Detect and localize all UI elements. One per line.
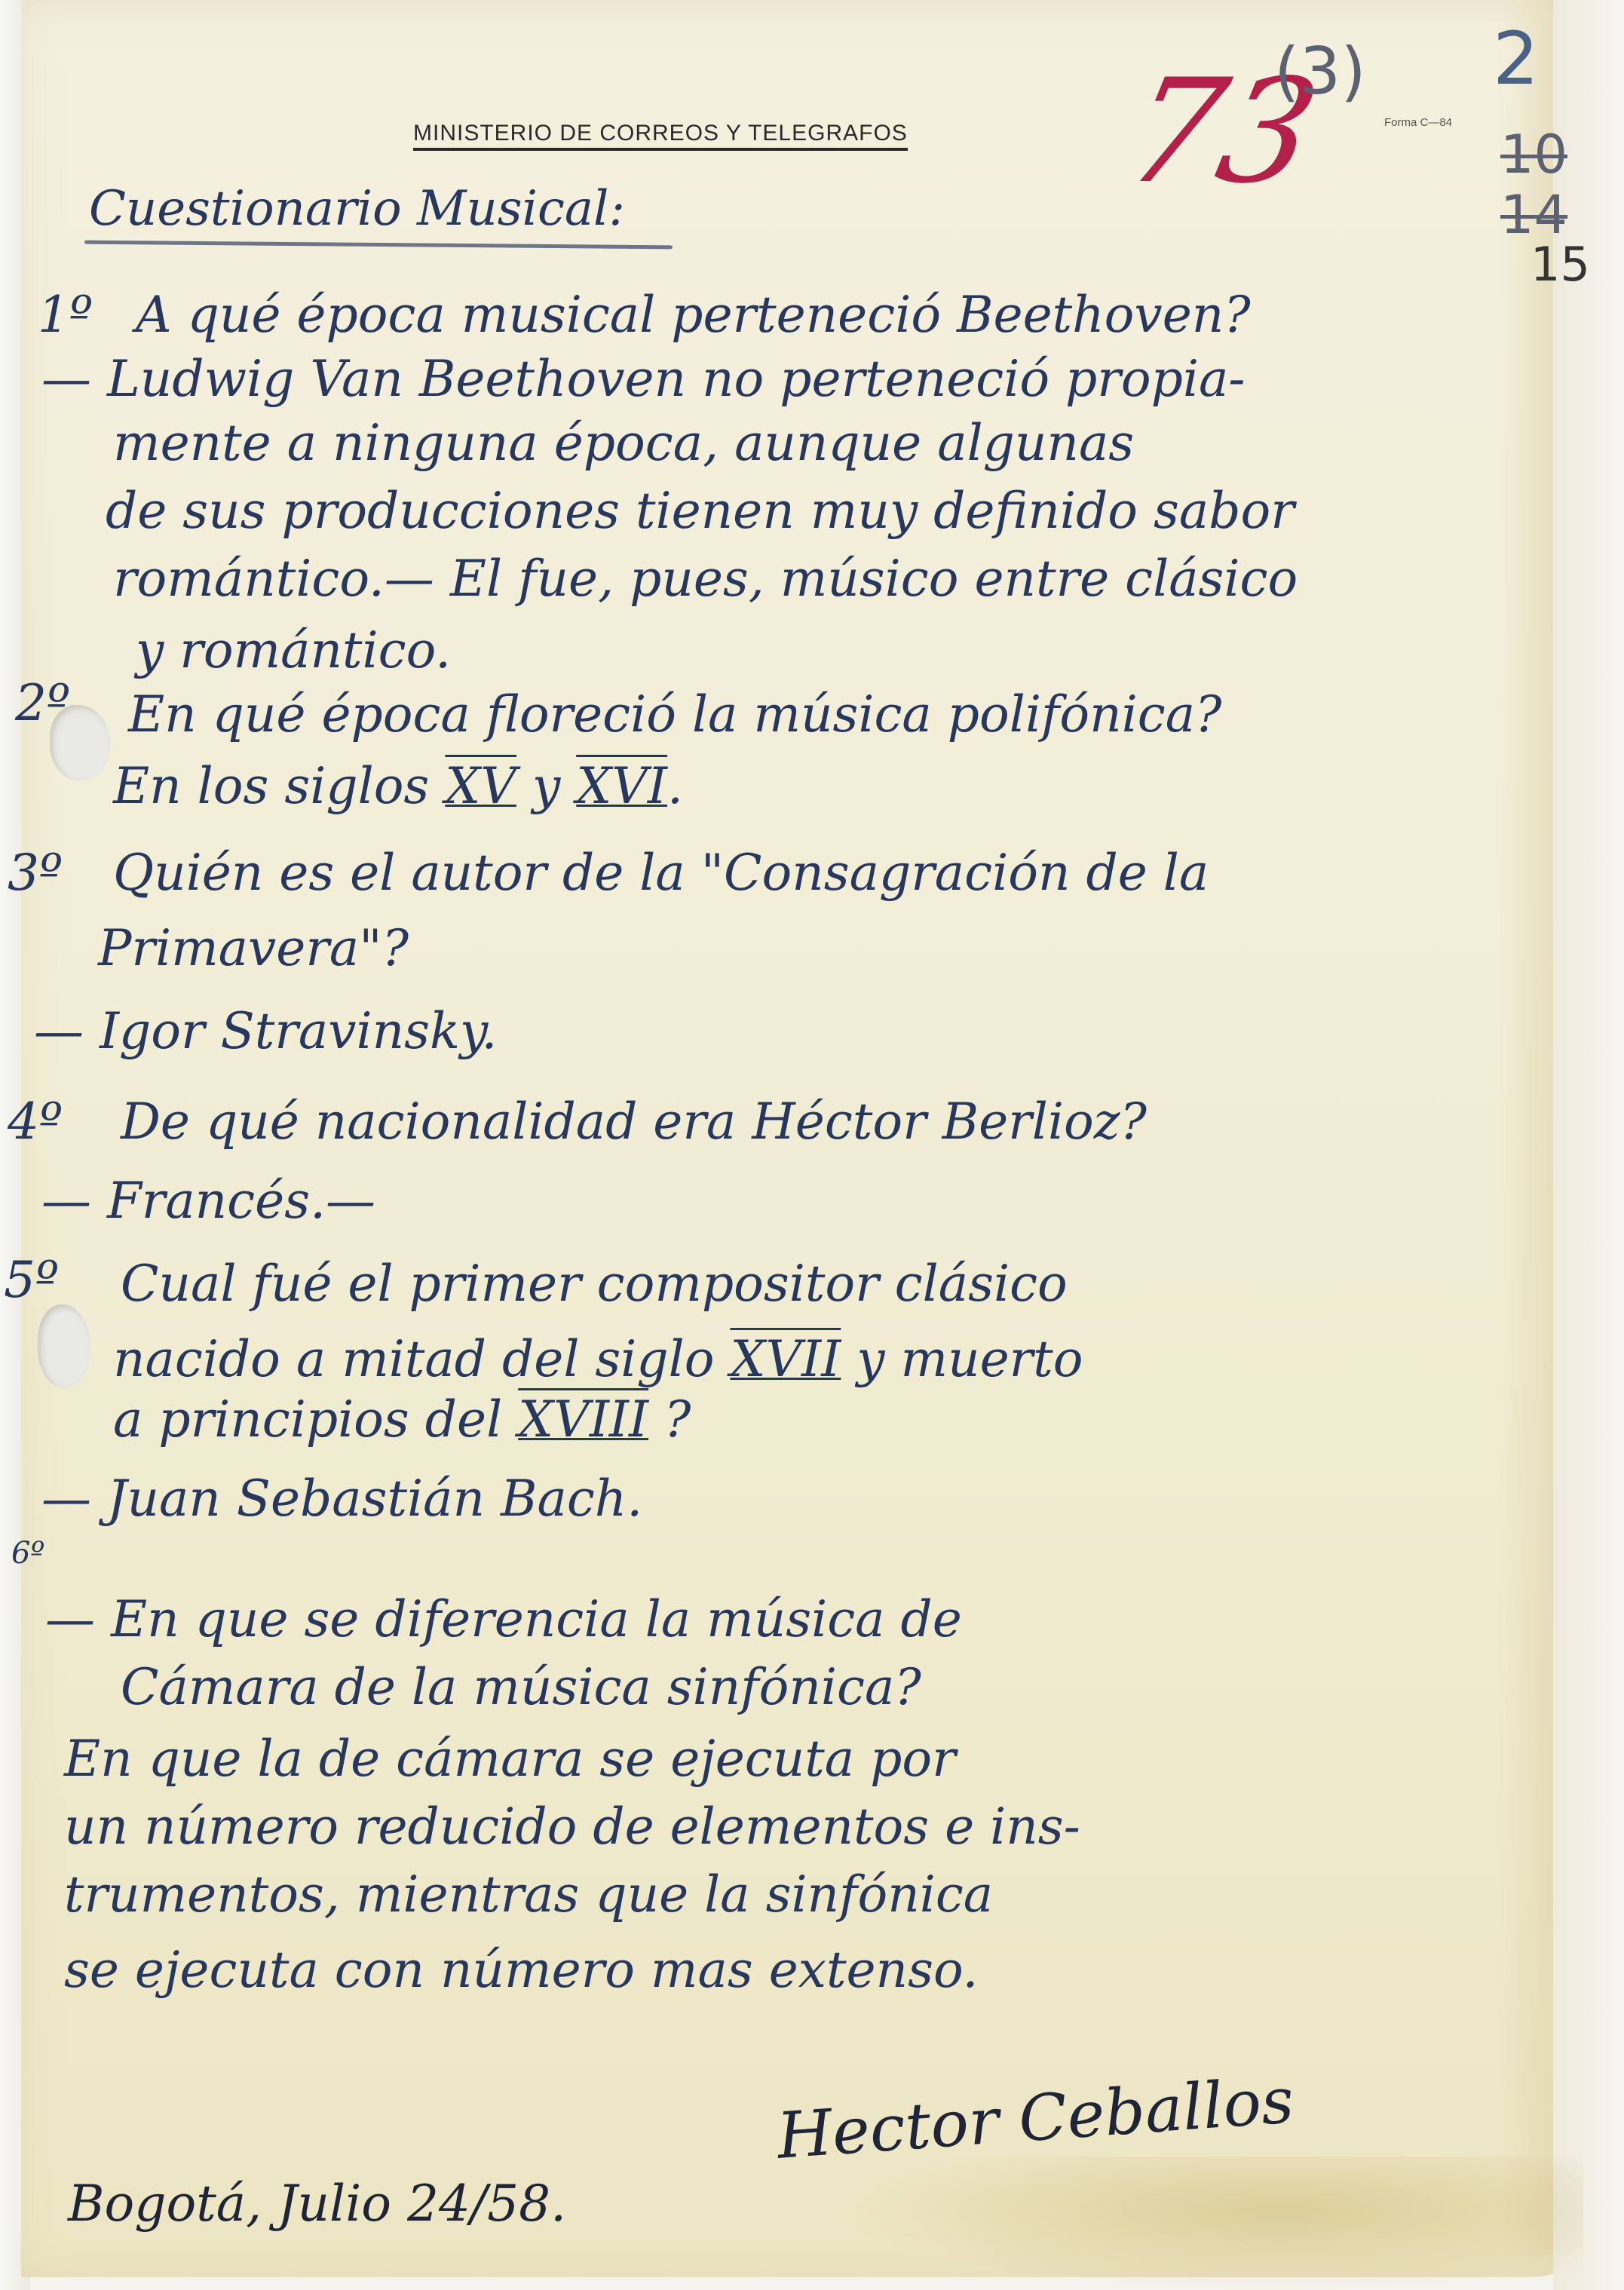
questionnaire-title: Cuestionario Musical: — [89, 185, 625, 233]
question-2-text: En qué época floreció la música polifóni… — [128, 690, 1221, 740]
question-5-number: 5º — [4, 1255, 59, 1305]
answer-6-line-3: trumentos, mientras que la sinfónica — [64, 1870, 993, 1920]
question-2-number: 2º — [15, 679, 70, 728]
answer-2-roman-1: XV — [445, 757, 516, 815]
answer-1-line-5: y romántico. — [136, 626, 451, 676]
question-5-roman-1: XVII — [730, 1330, 841, 1388]
form-code: Forma C—84 — [1384, 116, 1452, 129]
question-4-text: De qué nacionalidad era Héctor Berlioz? — [121, 1097, 1147, 1147]
pencil-mark-top-right: 2 — [1493, 23, 1539, 95]
question-1-number: 1º — [38, 290, 93, 340]
answer-1-line-3: de sus producciones tienen muy definido … — [106, 486, 1295, 536]
question-6-number: 6º — [11, 1538, 44, 1568]
pencil-struck-number-1: 10 — [1500, 128, 1567, 181]
answer-2: En los siglos XV y XVI. — [113, 762, 683, 811]
question-5-line-2: nacido a mitad del siglo XVII y muerto — [113, 1335, 1083, 1384]
answer-6-line-1: En que la de cámara se ejecuta por — [64, 1734, 956, 1784]
answer-1-line-4: romántico.— El fue, pues, músico entre c… — [113, 554, 1298, 604]
place-date: Bogotá, Julio 24/58. — [68, 2179, 566, 2229]
scan-background-right — [1553, 0, 1624, 2290]
paper-stain — [829, 2157, 1583, 2290]
pencil-struck-number-2: 14 — [1500, 189, 1567, 241]
punch-hole-bottom — [38, 1304, 90, 1387]
answer-1-line-2: mente a ninguna época, aunque algunas — [113, 418, 1134, 468]
pencil-circled-mark: (3) — [1274, 39, 1366, 104]
answer-5: — Juan Sebastián Bach. — [41, 1474, 642, 1524]
answer-2-roman-2: XVI — [576, 757, 667, 815]
question-6-line-2: Cámara de la música sinfónica? — [121, 1663, 921, 1712]
pencil-page-number: 15 — [1531, 241, 1590, 288]
answer-2-suffix: . — [667, 757, 683, 815]
answer-2-join: y — [532, 757, 560, 815]
answer-3: — Igor Stravinsky. — [34, 1007, 497, 1056]
question-5-roman-2: XVIII — [518, 1390, 648, 1448]
question-3-line-2: Primavera"? — [98, 924, 409, 973]
question-4-number: 4º — [8, 1097, 63, 1147]
paper-fold — [1500, 0, 1553, 2255]
answer-6-line-4: se ejecuta con número mas extenso. — [64, 1945, 979, 1995]
question-5-line-1: Cual fué el primer compositor clásico — [121, 1259, 1068, 1309]
question-5-line-3: a principios del XVIII ? — [113, 1395, 691, 1445]
question-5-line-3-suffix: ? — [664, 1390, 691, 1448]
answer-6-line-2: un número reducido de elementos e ins- — [64, 1802, 1080, 1852]
answer-2-prefix: En los siglos — [113, 757, 429, 815]
answer-1-line-1: — Ludwig Van Beethoven no perteneció pro… — [41, 354, 1246, 404]
question-5-line-2-prefix: nacido a mitad del siglo — [113, 1330, 714, 1388]
letterhead: MINISTERIO DE CORREOS Y TELEGRAFOS — [413, 121, 908, 151]
question-5-line-2-suffix: y muerto — [856, 1330, 1083, 1388]
question-1-text: A qué época musical perteneció Beethoven… — [136, 290, 1251, 340]
question-3-line-1: Quién es el autor de la "Consagración de… — [113, 848, 1209, 898]
answer-4: — Francés.— — [41, 1176, 375, 1226]
question-6-line-1: — En que se diferencia la música de — [45, 1595, 962, 1645]
question-5-line-3-prefix: a principios del — [113, 1390, 502, 1448]
question-3-number: 3º — [8, 848, 63, 898]
